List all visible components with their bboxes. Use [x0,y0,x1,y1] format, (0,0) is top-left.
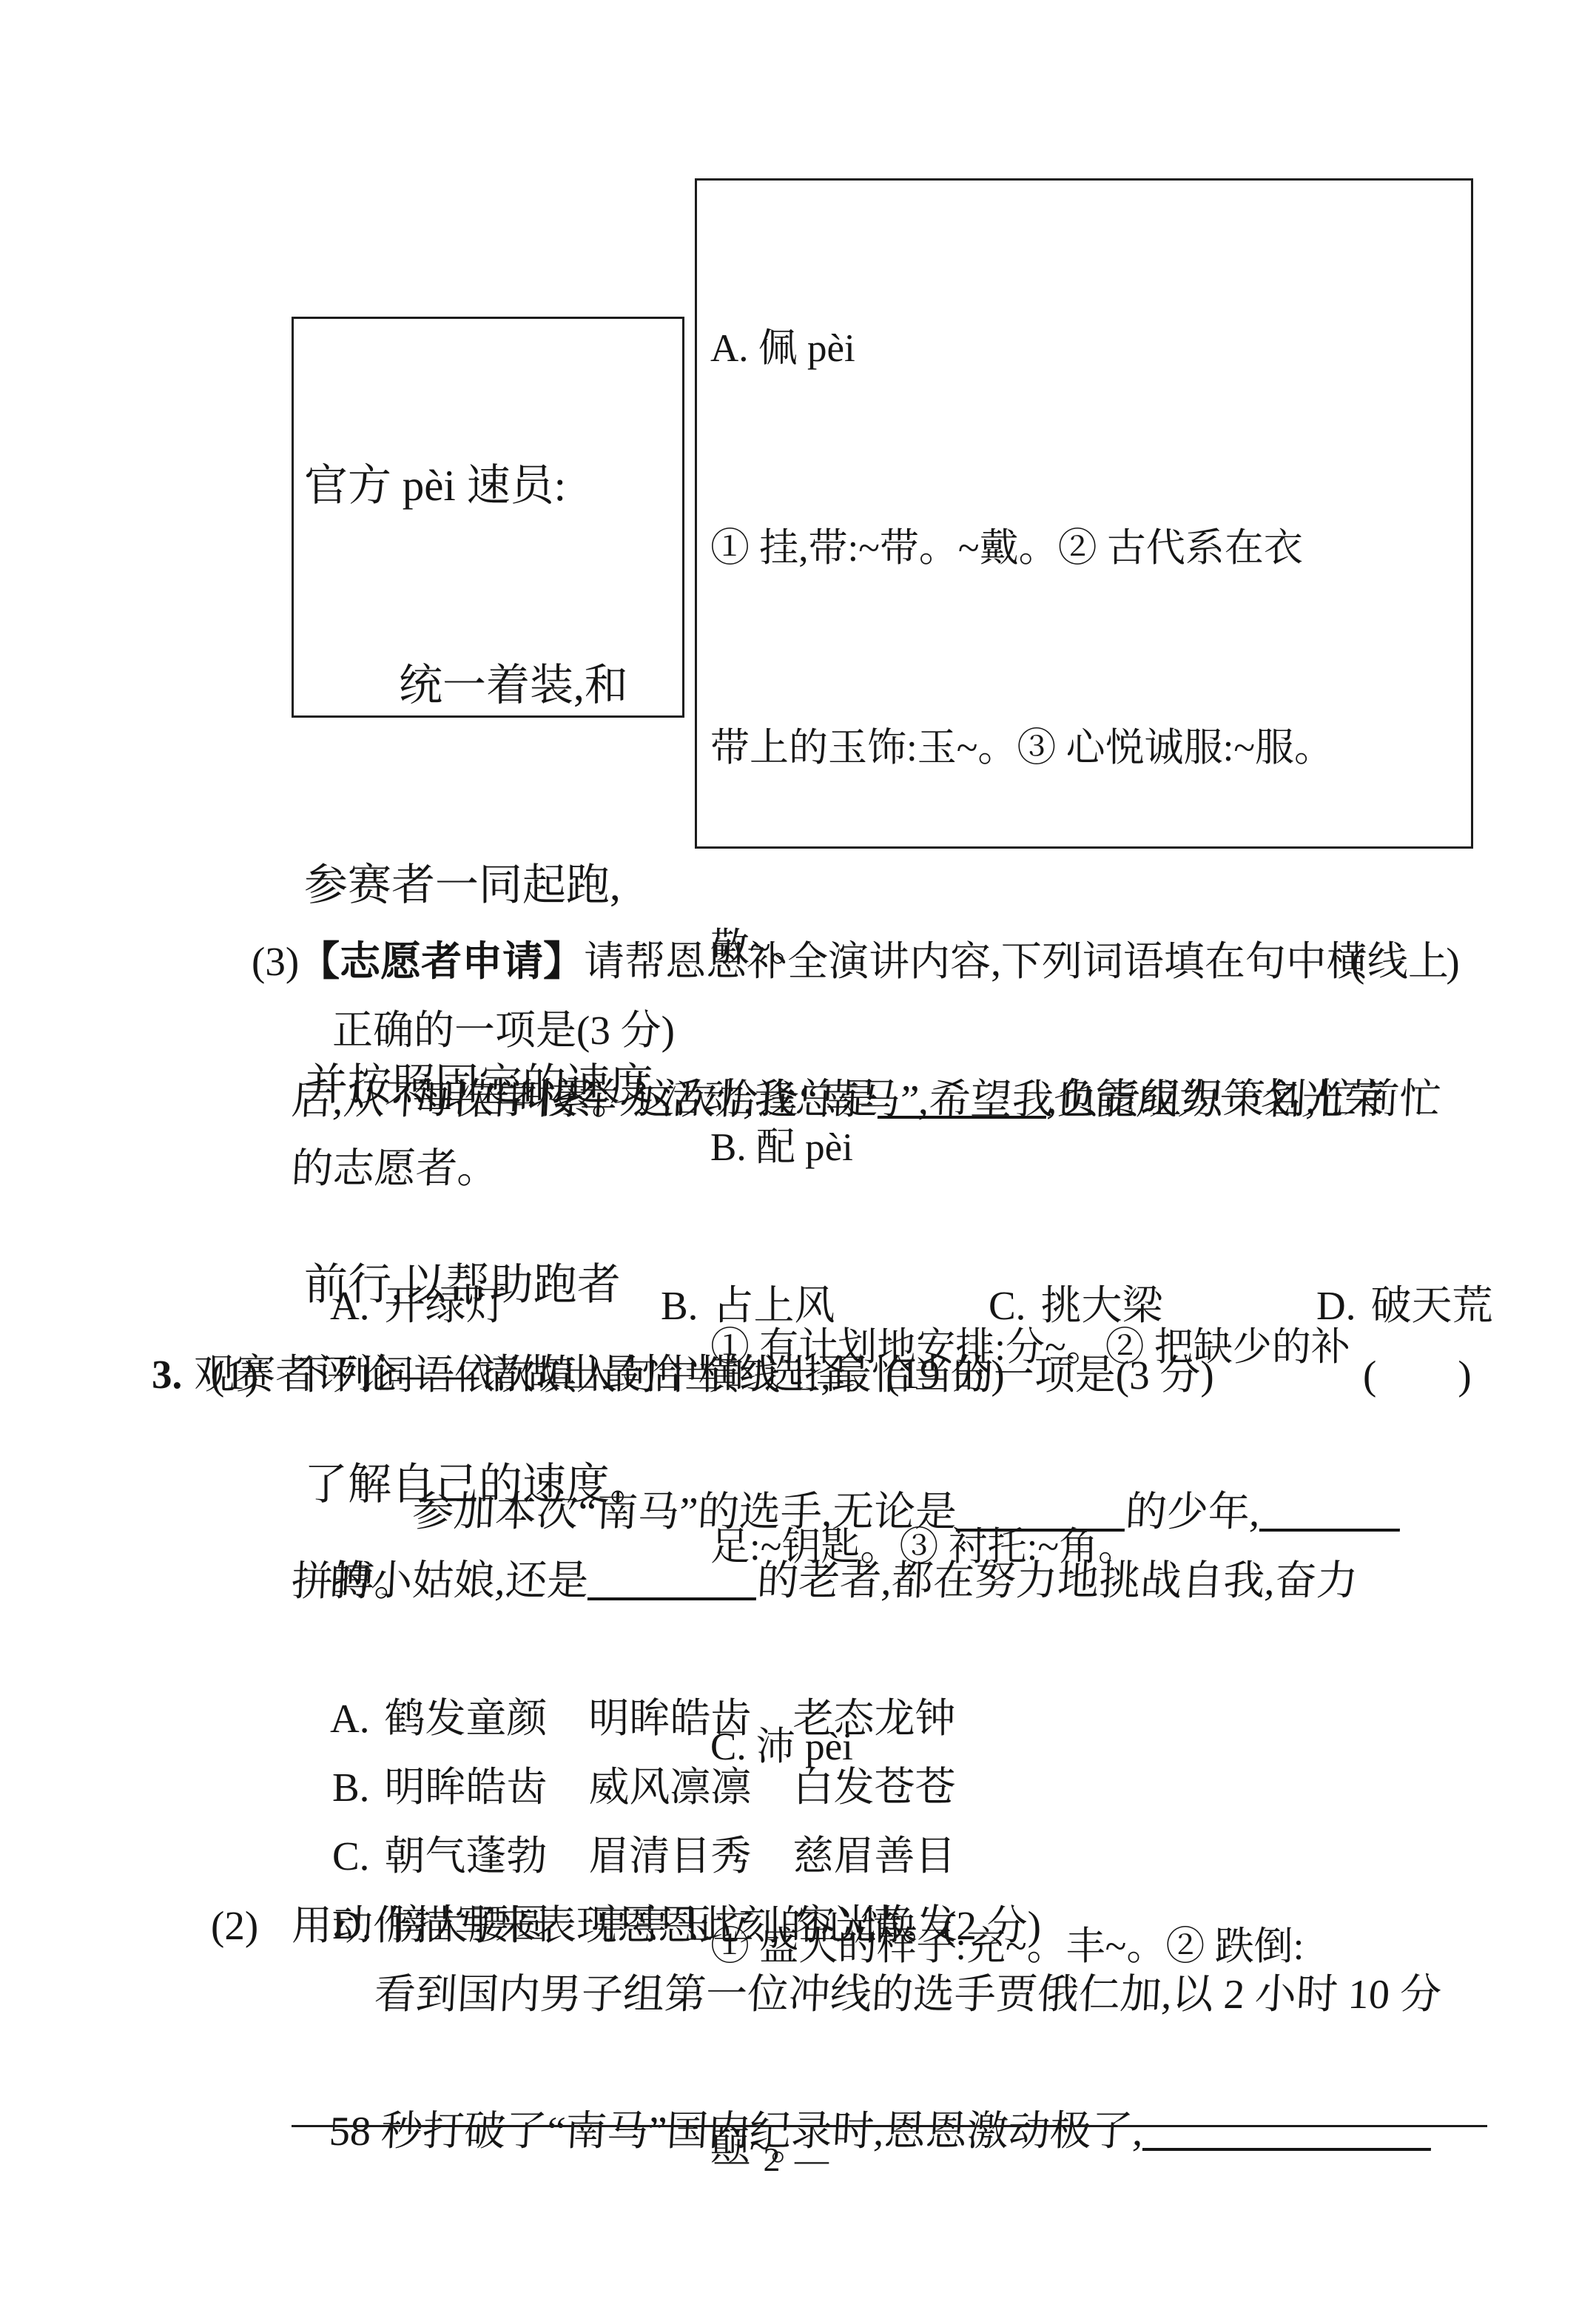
question-stem: 请帮恩恩补全演讲内容,下列词语填在句中横线上 [584,939,1449,984]
question-2-3-stem-line2: 正确的一项是(3 分) [292,929,675,997]
option-item-A: A.鹤发童颜明眸皓齿老态龙钟 [292,1617,956,1685]
question-number: 3. [152,1352,182,1397]
option-label: D. [1316,1283,1356,1328]
dictionary-box: A. 佩 pèi ① 挂,带:~带。~戴。② 古代系在衣 带上的玉饰:玉~。③ … [695,178,1473,849]
option-item-B: B.占上风 [620,1204,835,1272]
test-paper-page: 官方 pèi 速员: 统一着装,和 参赛者一同起跑, 并按照固定的速度 前行,以… [0,0,1579,2324]
page-number: — 2 — [0,2134,1546,2186]
dict-entry-line: 带上的玉饰:玉~。③ 心悦诚服:~服。 [710,715,1465,781]
option-item-C: C.朝气蓬勃眉清目秀慈眉善目 [292,1754,955,1822]
passage-line: 后,从不叫苦叫累。这次恰逢“南马”,希望我也能成为一名光荣 [290,1066,1387,1134]
pacer-note-box: 官方 pèi 速员: 统一着装,和 参赛者一同起跑, 并按照固定的速度 前行,以… [292,317,684,718]
passage-line: 的小姑娘,还是的老者,都在努力地挑战自我,奋力 [290,1479,1364,1547]
dict-entry-line: ① 挂,带:~带。~戴。② 古代系在衣 [710,515,1465,582]
passage-line: 每次学校举办活动,我总是,负责组织策划,忙前忙 [373,997,1447,1065]
option-item-B: B.明眸皓齿威风凛凛白发苍苍 [292,1685,955,1754]
question-2-3-stem-line1: (3)【志愿者申请】请帮恩恩补全演讲内容,下列词语填在句中横线上 [211,860,1449,928]
option-item-A: A.开绿灯 [292,1204,506,1272]
question-3-heading: 3.观赛者评论——请做出最恰当的选择。(19 分) [111,1273,1005,1341]
pacer-note-line: 官方 pèi 速员: [304,452,678,519]
passage-line: 拼搏。 [290,1548,418,1616]
passage-line: 看到国内男子组第一位冲线的选手贾俄仁加,以 2 小时 10 分 [373,1961,1444,2029]
passage-line: 参加本次“南马”的选手,无论是的少年, [373,1410,1407,1478]
option-text: 挑大梁 [1040,1283,1162,1328]
passage-line: 的志愿者。 [290,1135,501,1203]
sub-question-number: (2) [211,1892,258,1960]
question-stem: 用动作描写来表现恩恩此刻的心情。(2 分) [292,1892,1041,1960]
passage-line: 58 秒打破了“南马”国内纪录时,恩恩激动极了, [290,2030,1438,2098]
option-item-C: C.挑大梁 [948,1204,1162,1272]
footer-divider [292,2125,1487,2127]
pacer-note-line: 统一着装,和 [304,652,678,718]
option-item-D: D.膀大腰圆亭亭玉立容光焕发 [292,1823,958,1891]
answer-parens: ( ) [1351,929,1460,997]
dict-entry-line: A. 佩 pèi [710,315,1465,382]
passage-text: 的老者,都在努力地挑战自我,奋力 [756,1558,1359,1604]
sub-question-number: (1) [211,1341,258,1409]
fill-blank [588,1560,758,1600]
option-item-D: D.破天荒 [1276,1204,1493,1272]
answer-parens: ( ) [1363,1341,1472,1409]
question-stem: 下列词语依次填入句中横线上,最恰当的一项是(3 分) [292,1341,1214,1409]
option-text: 破天荒 [1370,1283,1492,1328]
